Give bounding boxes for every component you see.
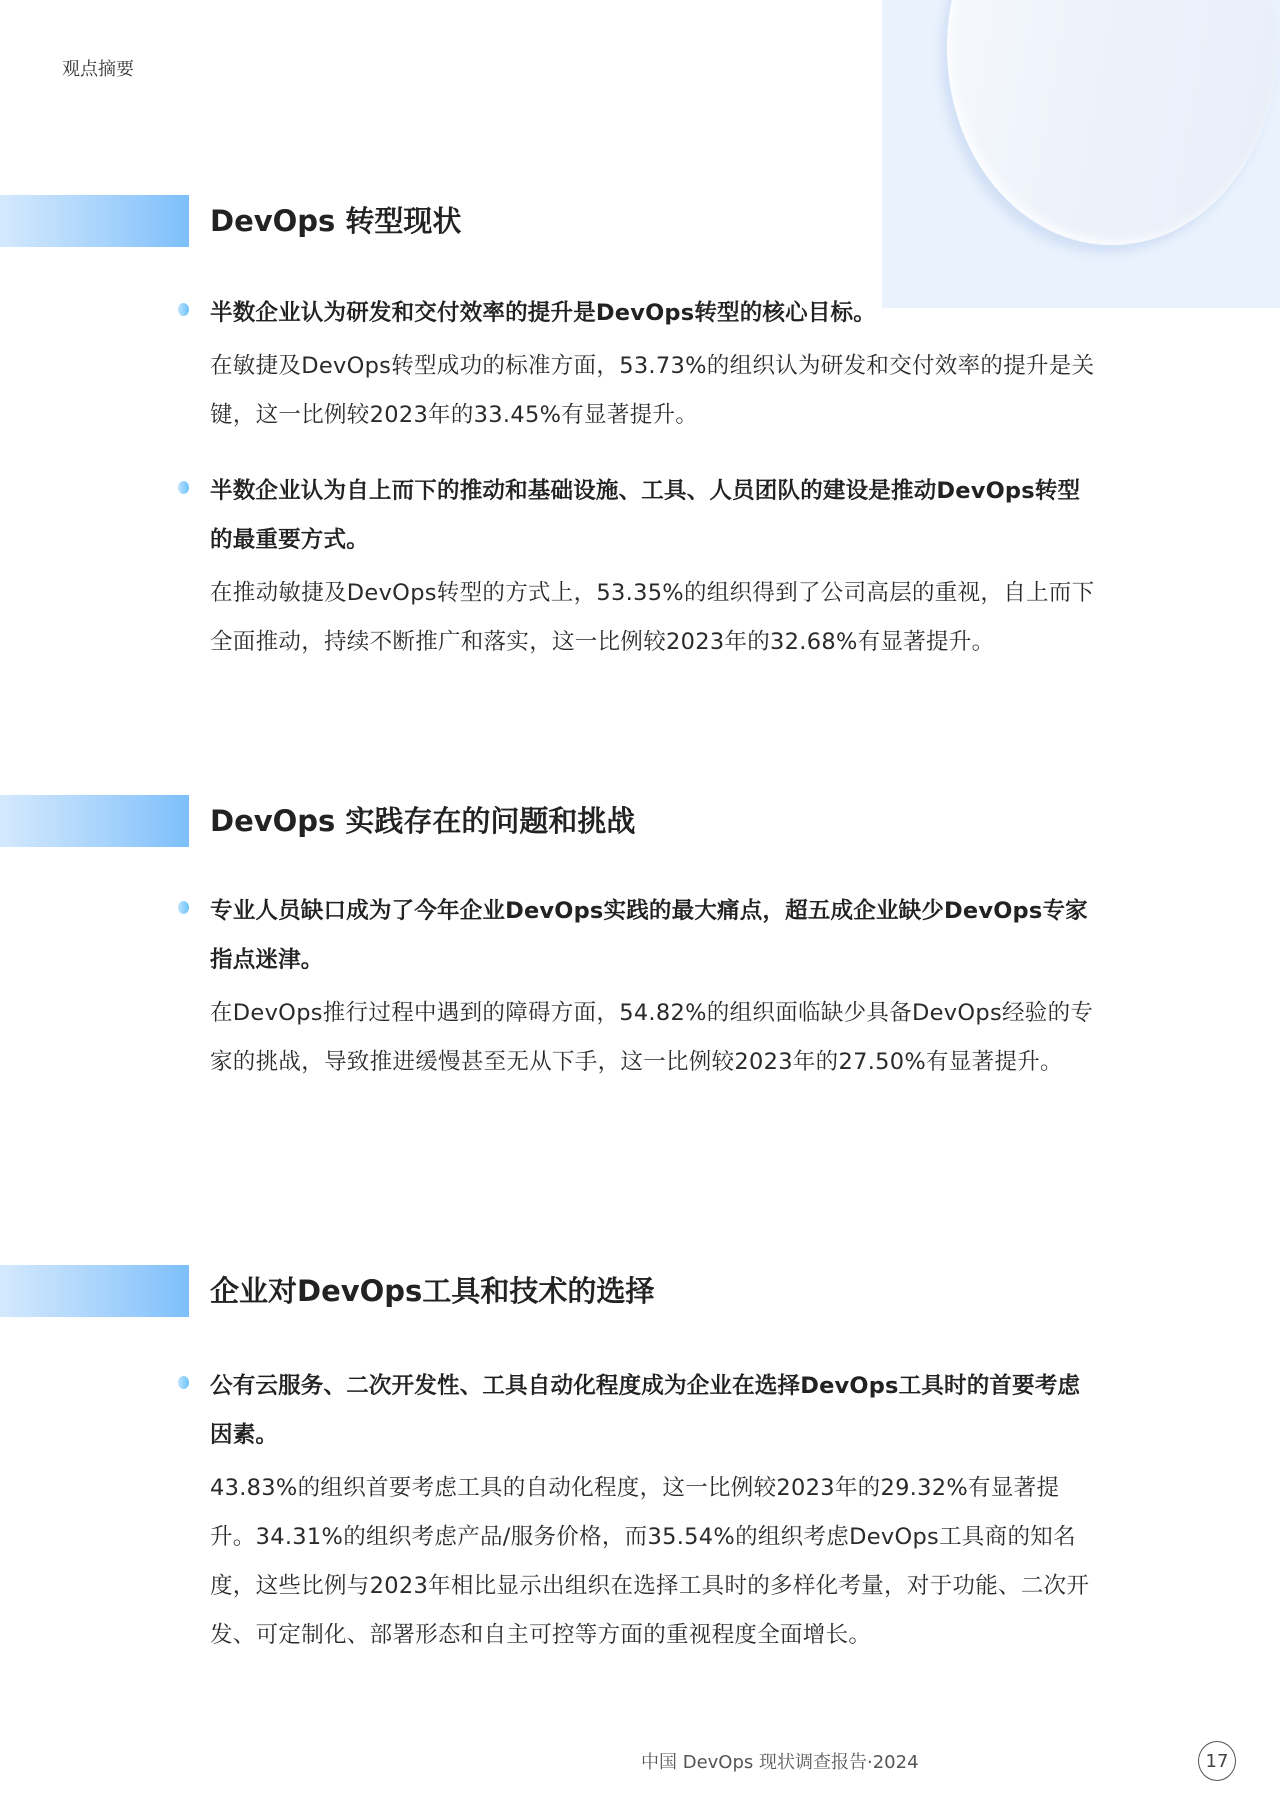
bullet-dot-icon [178, 303, 189, 316]
key-point: 公有云服务、二次开发性、工具自动化程度成为企业在选择DevOps工具时的首要考虑… [178, 1362, 1098, 1660]
section-title: DevOps 实践存在的问题和挑战 [210, 795, 635, 847]
point-body: 在推动敏捷及DevOps转型的方式上，53.35%的组织得到了公司高层的重视，自… [210, 569, 1098, 667]
key-point: 专业人员缺口成为了今年企业DevOps实践的最大痛点，超五成企业缺少DevOps… [178, 887, 1098, 1087]
point-body: 在敏捷及DevOps转型成功的标准方面，53.73%的组织认为研发和交付效率的提… [210, 342, 1098, 440]
decorative-orb [947, 0, 1277, 245]
point-heading: 公有云服务、二次开发性、工具自动化程度成为企业在选择DevOps工具时的首要考虑… [210, 1362, 1098, 1460]
bullet-dot-icon [178, 1376, 189, 1389]
bullet-dot-icon [178, 901, 189, 914]
point-heading: 专业人员缺口成为了今年企业DevOps实践的最大痛点，超五成企业缺少DevOps… [210, 887, 1098, 985]
section-accent-bar [0, 1265, 189, 1317]
point-heading: 半数企业认为研发和交付效率的提升是DevOps转型的核心目标。 [210, 289, 1098, 338]
key-point: 半数企业认为研发和交付效率的提升是DevOps转型的核心目标。 在敏捷及DevO… [178, 289, 1098, 440]
point-body: 43.83%的组织首要考虑工具的自动化程度，这一比例较2023年的29.32%有… [210, 1464, 1098, 1660]
point-body: 在DevOps推行过程中遇到的障碍方面，54.82%的组织面临缺少具备DevOp… [210, 989, 1098, 1087]
corner-decoration [882, 0, 1280, 308]
page-number-badge: 17 [1198, 1741, 1236, 1781]
key-point: 半数企业认为自上而下的推动和基础设施、工具、人员团队的建设是推动DevOps转型… [178, 467, 1098, 667]
section-accent-bar [0, 195, 189, 247]
section-title: 企业对DevOps工具和技术的选择 [210, 1265, 654, 1317]
section-title: DevOps 转型现状 [210, 195, 461, 247]
running-header: 观点摘要 [62, 55, 134, 81]
bullet-dot-icon [178, 481, 189, 494]
page-number: 17 [1206, 1751, 1229, 1772]
footer-report-title: 中国 DevOps 现状调查报告·2024 [641, 1748, 919, 1774]
section-accent-bar [0, 795, 189, 847]
point-heading: 半数企业认为自上而下的推动和基础设施、工具、人员团队的建设是推动DevOps转型… [210, 467, 1098, 565]
